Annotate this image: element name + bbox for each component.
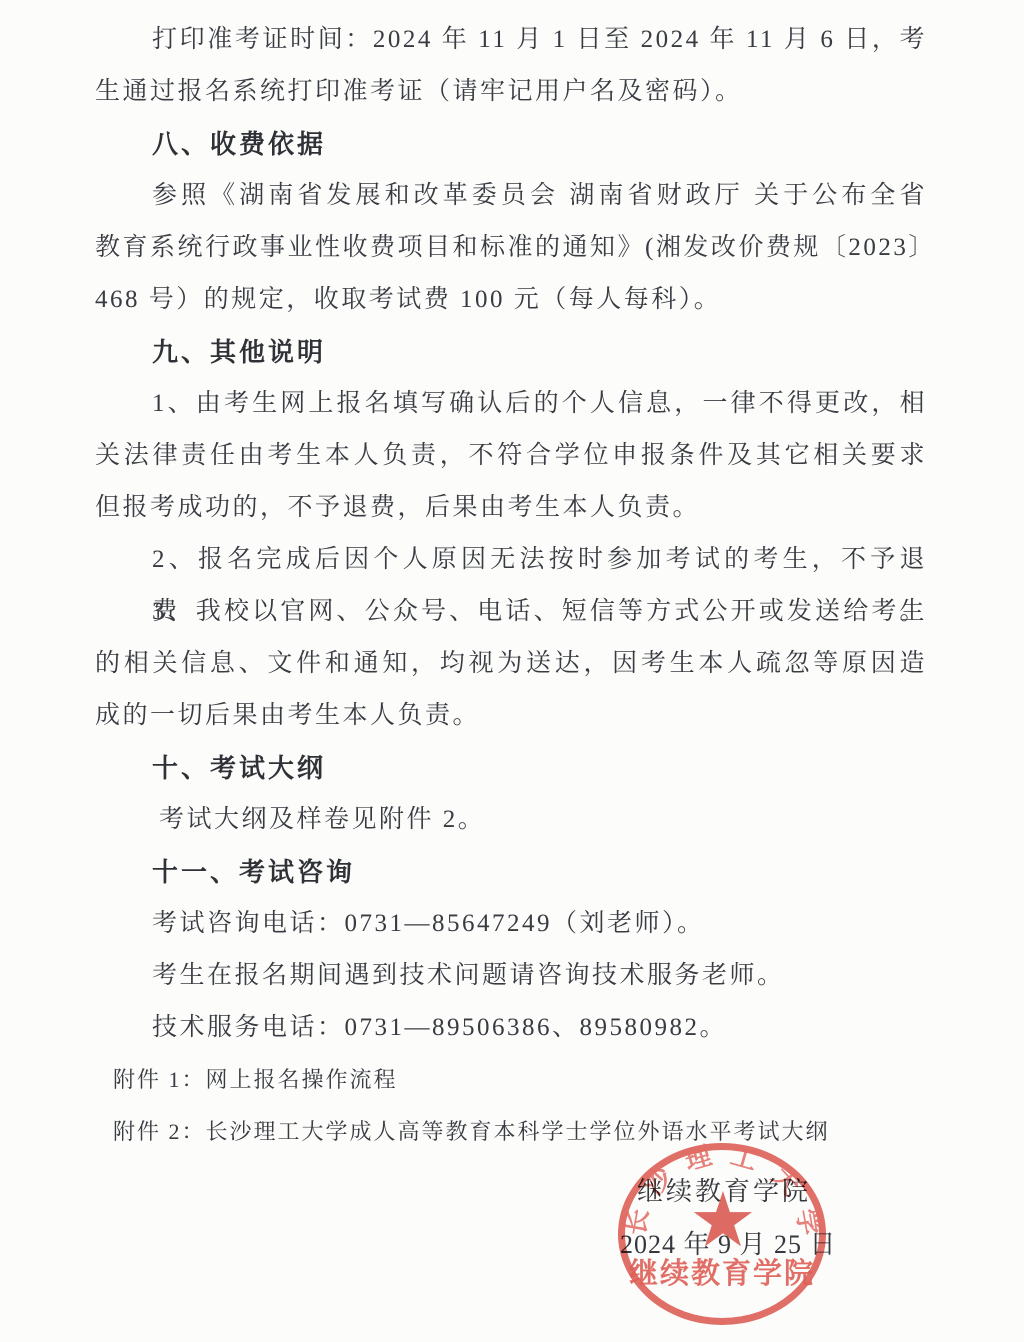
doc-line: 教育系统行政事业性收费项目和标准的通知》(湘发改价费规〔2023〕 [95,222,927,274]
doc-line: 1、由考生网上报名填写确认后的个人信息，一律不得更改，相 [95,378,927,430]
attachment-2-label: 附件 2：长沙理工大学成人高等教育本科学士学位外语水平考试大纲 [95,1106,927,1158]
doc-line: 打印准考证时间：2024 年 11 月 1 日至 2024 年 11 月 6 日… [95,14,927,66]
doc-line: 468 号）的规定，收取考试费 100 元（每人每科）。 [95,274,927,326]
doc-line-tech-phone: 技术服务电话：0731—89506386、89580982。 [95,1002,927,1054]
scanned-notice-page: 打印准考证时间：2024 年 11 月 1 日至 2024 年 11 月 6 日… [0,0,1024,1342]
doc-line: 参照《湖南省发展和改革委员会 湖南省财政厅 关于公布全省 [95,170,927,222]
signature-date: 2024 年 9 月 25 日 [620,1224,837,1261]
doc-line: 3、我校以官网、公众号、电话、短信等方式公开或发送给考生 [95,586,927,638]
doc-line: 考生在报名期间遇到技术问题请咨询技术服务老师。 [95,950,927,1002]
section-heading-other-notes: 九、其他说明 [95,326,927,378]
attachment-1-label: 附件 1：网上报名操作流程 [95,1054,927,1106]
doc-line: 生通过报名系统打印准考证（请牢记用户名及密码）。 [95,66,927,118]
doc-line: 考试大纲及样卷见附件 2。 [95,794,927,846]
section-heading-exam-consult: 十一、考试咨询 [95,846,927,898]
section-heading-fees: 八、收费依据 [95,118,927,170]
doc-line: 但报考成功的，不予退费，后果由考生本人负责。 [95,482,927,534]
doc-line: 成的一切后果由考生本人负责。 [95,690,927,742]
doc-line: 的相关信息、文件和通知，均视为送达，因考生本人疏忽等原因造 [95,638,927,690]
doc-line-consult-phone: 考试咨询电话：0731—85647249（刘老师）。 [95,898,927,950]
doc-line: 关法律责任由考生本人负责，不符合学位申报条件及其它相关要求 [95,430,927,482]
document-body: 打印准考证时间：2024 年 11 月 1 日至 2024 年 11 月 6 日… [95,14,927,1158]
section-heading-exam-outline: 十、考试大纲 [95,742,927,794]
signature-organization: 继续教育学院 [637,1171,811,1208]
doc-line: 2、报名完成后因个人原因无法按时参加考试的考生，不予退费。 [95,534,927,586]
